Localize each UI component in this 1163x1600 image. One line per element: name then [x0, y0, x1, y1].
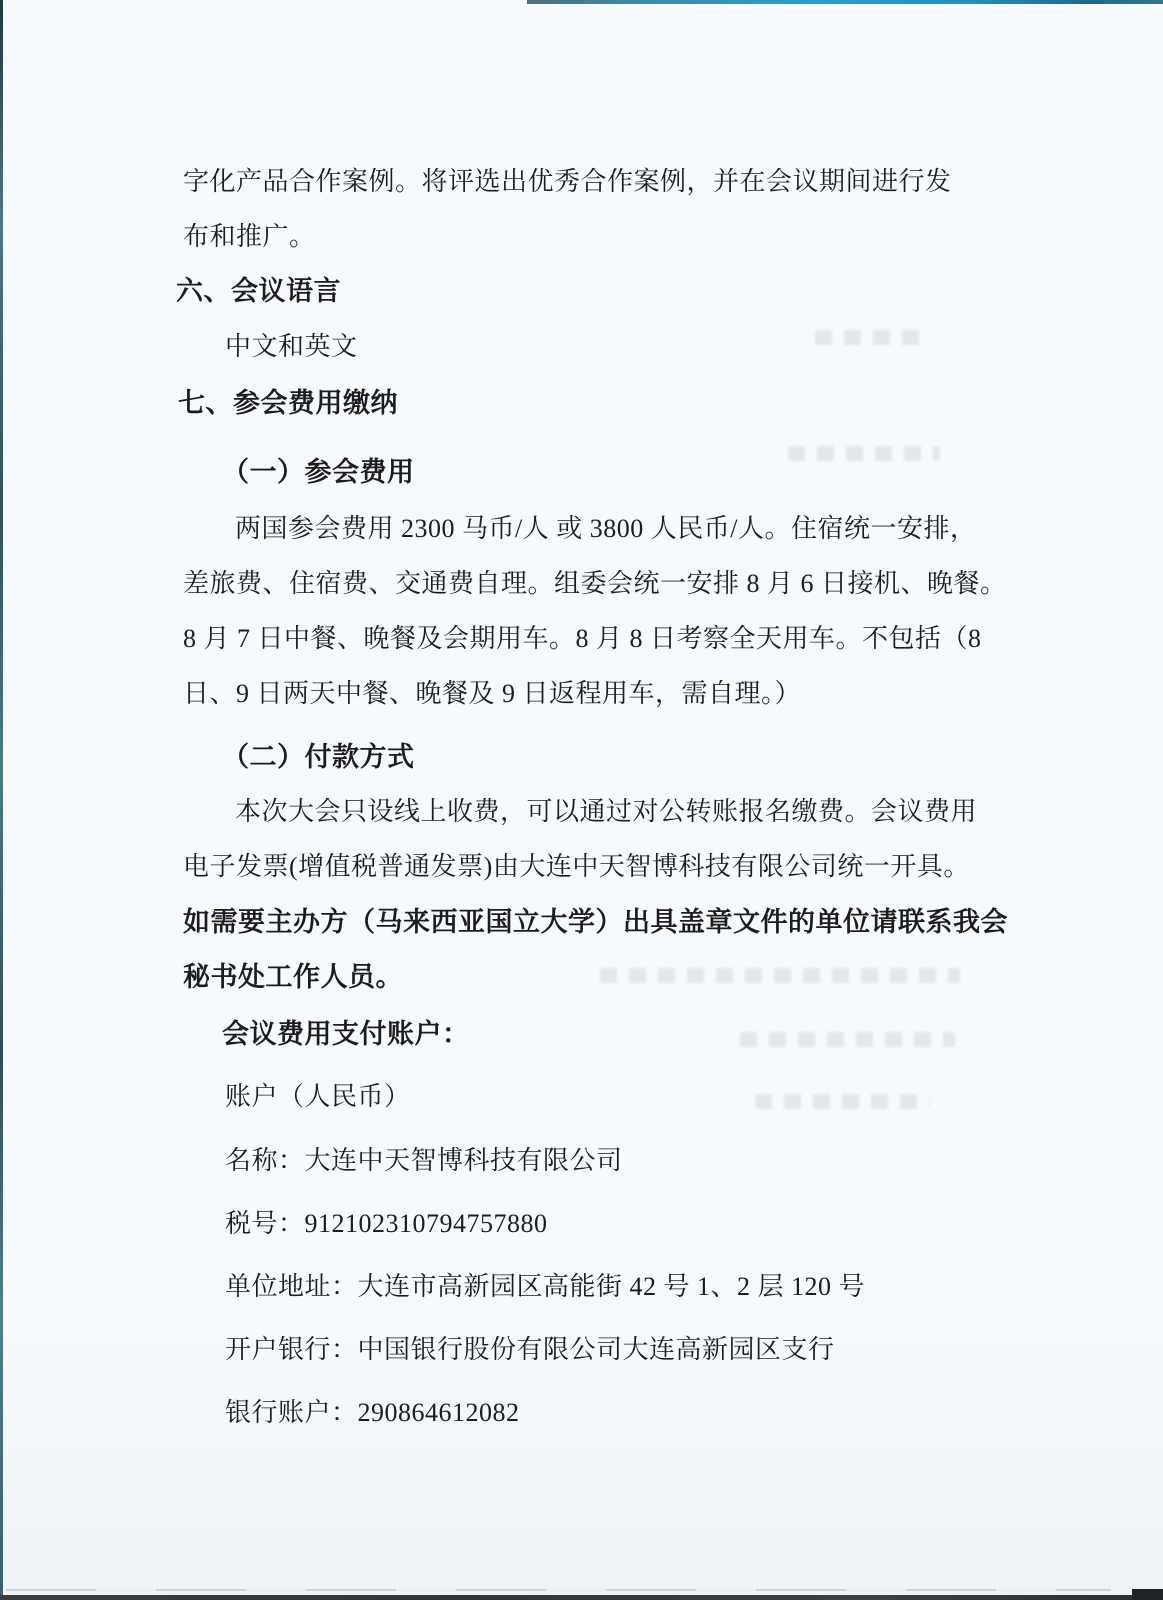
body-line-fee-2: 差旅费、住宿费、交通费自理。组委会统一安排 8 月 6 日接机、晚餐。	[183, 567, 1007, 601]
bleedthrough-artifact	[755, 1094, 930, 1109]
body-line-fee-3: 8 月 7 日中餐、晚餐及会期用车。8 月 8 日考察全天用车。不包括（8	[183, 622, 982, 656]
account-line-bank: 开户银行：中国银行股份有限公司大连高新园区支行	[225, 1333, 835, 1367]
bleedthrough-artifact	[788, 446, 940, 461]
bottom-right-corner-mark	[1132, 1589, 1163, 1600]
account-line-currency: 账户（人民币）	[225, 1080, 411, 1114]
bleedthrough-artifact	[815, 330, 920, 345]
account-line-tax-id: 税号：912102310794757880	[225, 1207, 548, 1241]
bottom-edge-bar	[0, 1595, 1163, 1600]
body-line-case-promo-1: 字化产品合作案例。将评选出优秀合作案例，并在会议期间进行发	[183, 165, 952, 199]
body-line-fee-1: 两国参会费用 2300 马币/人 或 3800 人民币/人。住宿统一安排，	[235, 512, 976, 546]
subheading-payment-method: （二）付款方式	[222, 740, 415, 774]
bottom-scan-line	[6, 1589, 1111, 1591]
bleedthrough-artifact	[740, 1032, 955, 1047]
body-line-languages: 中文和英文	[225, 330, 358, 364]
section-heading-conference-language: 六、会议语言	[176, 274, 341, 308]
account-line-address: 单位地址：大连市高新园区高能街 42 号 1、2 层 120 号	[225, 1270, 865, 1304]
body-line-fee-4: 日、9 日两天中餐、晚餐及 9 日返程用车，需自理。）	[183, 677, 801, 711]
scanned-document-page: 字化产品合作案例。将评选出优秀合作案例，并在会议期间进行发 布和推广。 六、会议…	[0, 0, 1163, 1600]
body-line-contact-secretariat-2: 秘书处工作人员。	[183, 960, 403, 994]
account-line-bank-account: 银行账户：290864612082	[225, 1396, 520, 1430]
top-edge-scan-strip	[527, 0, 1163, 4]
body-line-case-promo-2: 布和推广。	[183, 220, 316, 254]
account-line-name: 名称：大连中天智博科技有限公司	[225, 1144, 623, 1178]
bleedthrough-artifact	[600, 968, 960, 983]
subheading-participation-fee: （一）参会费用	[222, 455, 415, 489]
left-edge-scan-strip	[0, 0, 3, 1600]
body-line-payment-1: 本次大会只设线上收费，可以通过对公转账报名缴费。会议费用	[235, 795, 977, 829]
body-line-contact-secretariat-1: 如需要主办方（马来西亚国立大学）出具盖章文件的单位请联系我会	[183, 905, 1008, 939]
section-heading-fee-payment: 七、参会费用缴纳	[178, 386, 398, 420]
heading-payment-account: 会议费用支付账户：	[222, 1017, 470, 1051]
body-line-payment-2: 电子发票(增值税普通发票)由大连中天智博科技有限公司统一开具。	[183, 850, 970, 884]
